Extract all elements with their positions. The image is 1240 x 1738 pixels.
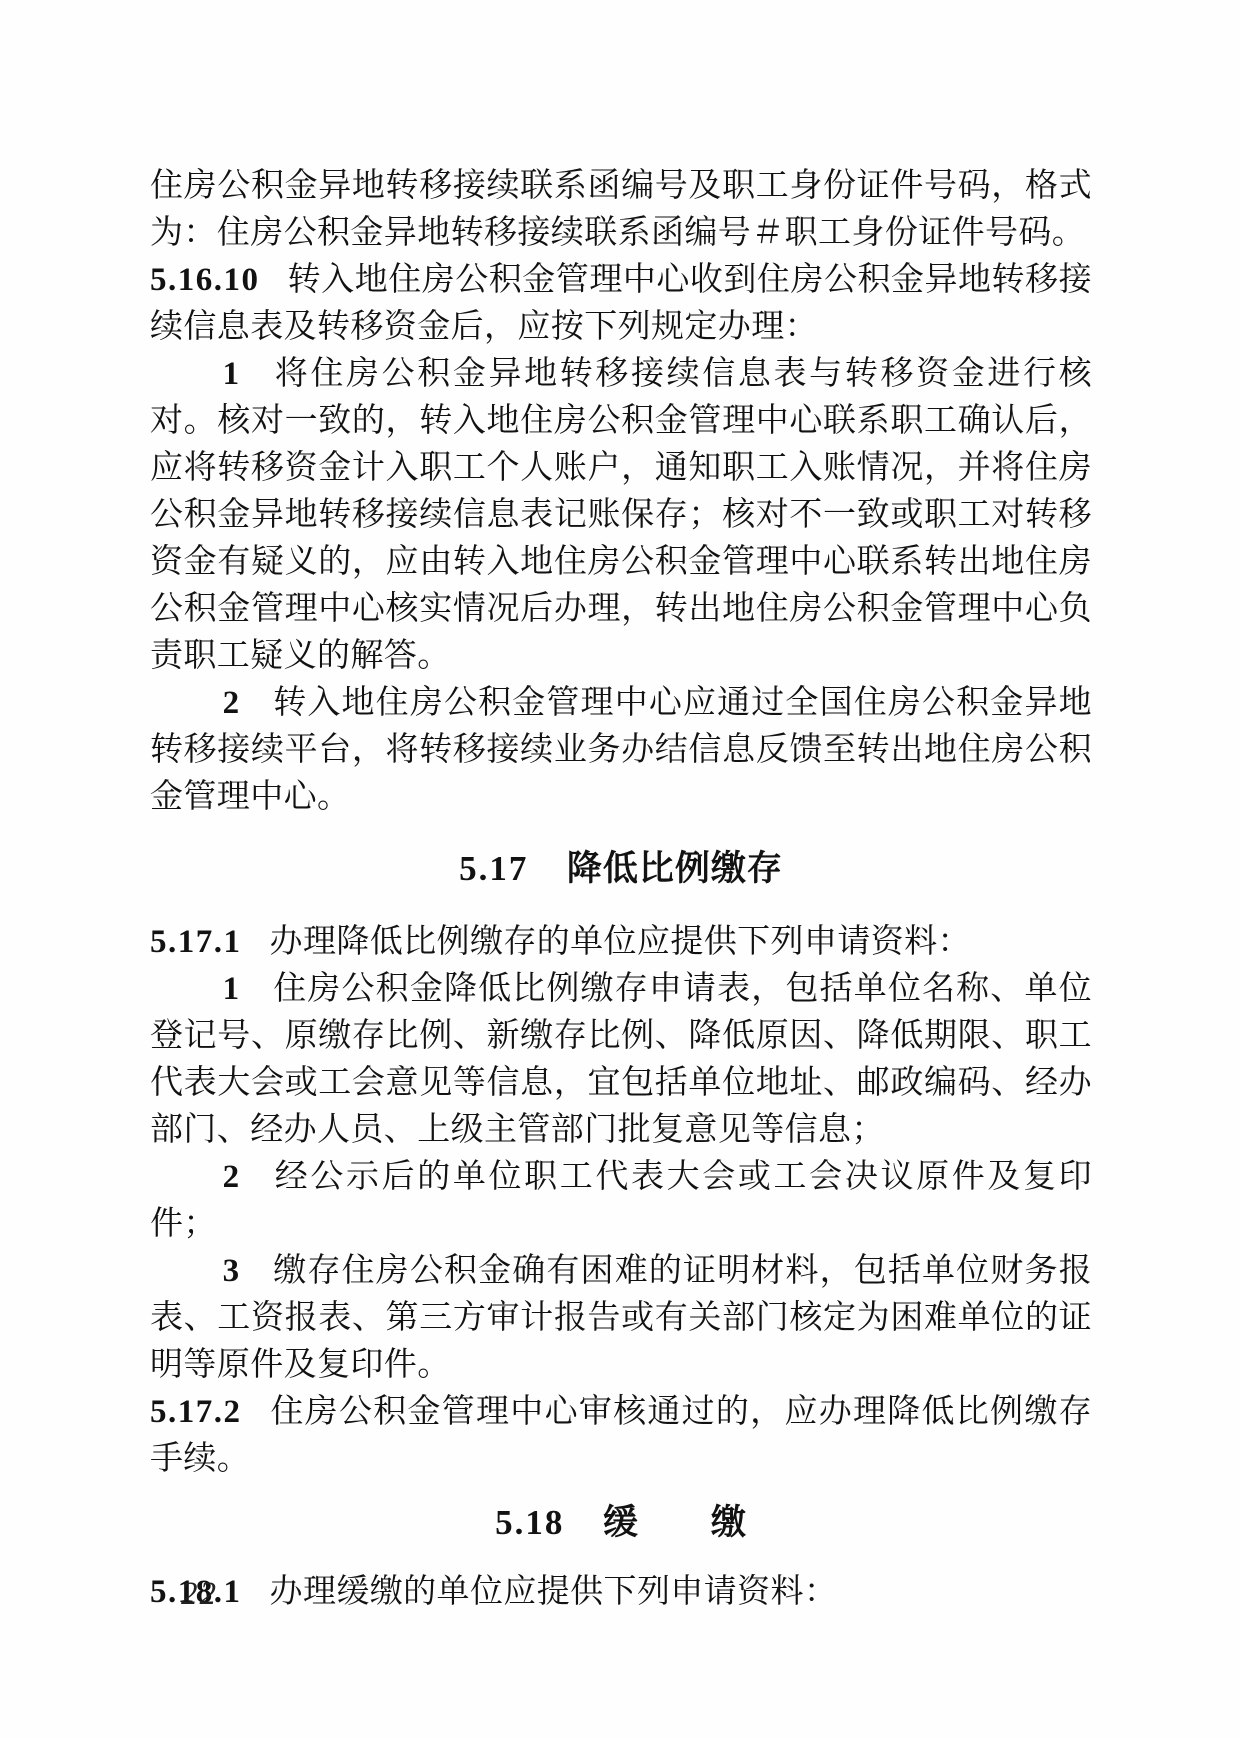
paragraph-text: 转入地住房公积金管理中心应通过全国住房公积金异地转移接续平台，将转移接续业务办结… (150, 685, 1092, 815)
paragraph-text: 转入地住房公积金管理中心收到住房公积金异地转移接续信息表及转移资金后，应按下列规… (150, 262, 1092, 345)
paragraph-text: 住房公积金异地转移接续联系函编号及职工身份证件号码，格式为：住房公积金异地转移接… (150, 168, 1092, 251)
item-number: 1 (223, 971, 240, 1007)
clause-paragraph: 5.16.10转入地住房公积金管理中心收到住房公积金异地转移接续信息表及转移资金… (150, 257, 1092, 351)
item-number: 3 (223, 1253, 240, 1289)
item-number: 2 (223, 685, 240, 721)
list-item-paragraph: 1住房公积金降低比例缴存申请表，包括单位名称、单位登记号、原缴存比例、新缴存比例… (150, 966, 1092, 1154)
clause-paragraph: 5.18.1办理缓缴的单位应提供下列申请资料： (150, 1569, 1092, 1616)
section-heading-number: 5.18 (495, 1503, 564, 1542)
list-item-paragraph: 1将住房公积金异地转移接续信息表与转移资金进行核对。核对一致的，转入地住房公积金… (150, 351, 1092, 680)
item-number: 2 (223, 1159, 240, 1195)
clause-paragraph: 5.17.2住房公积金管理中心审核通过的，应办理降低比例缴存手续。 (150, 1389, 1092, 1483)
paragraph-text: 经公示后的单位职工代表大会或工会决议原件及复印件； (150, 1159, 1092, 1242)
paragraph-text: 住房公积金管理中心审核通过的，应办理降低比例缴存手续。 (150, 1394, 1092, 1477)
paragraph-text: 办理缓缴的单位应提供下列申请资料： (270, 1574, 838, 1610)
list-item-paragraph: 3缴存住房公积金确有困难的证明材料，包括单位财务报表、工资报表、第三方审计报告或… (150, 1248, 1092, 1389)
list-item-paragraph: 2经公示后的单位职工代表大会或工会决议原件及复印件； (150, 1154, 1092, 1248)
paragraph-text: 将住房公积金异地转移接续信息表与转移资金进行核对。核对一致的，转入地住房公积金管… (150, 356, 1092, 674)
clause-number: 5.17.2 (150, 1394, 242, 1430)
clause-number: 5.17.1 (150, 924, 242, 960)
section-heading-number: 5.17 (459, 849, 528, 888)
paragraph-text: 住房公积金降低比例缴存申请表，包括单位名称、单位登记号、原缴存比例、新缴存比例、… (150, 971, 1092, 1148)
section-heading-title: 缓 缴 (603, 1503, 747, 1542)
paragraph-text: 缴存住房公积金确有困难的证明材料，包括单位财务报表、工资报表、第三方审计报告或有… (150, 1253, 1092, 1383)
section-heading: 5.17降低比例缴存 (150, 845, 1092, 893)
item-number: 1 (223, 356, 240, 392)
document-page: 住房公积金异地转移接续联系函编号及职工身份证件号码，格式为：住房公积金异地转移接… (0, 0, 1240, 1738)
page-number: 22 (181, 1576, 218, 1613)
section-heading-title: 降低比例缴存 (567, 849, 783, 888)
section-heading: 5.18缓 缴 (150, 1499, 1092, 1547)
body-paragraph: 住房公积金异地转移接续联系函编号及职工身份证件号码，格式为：住房公积金异地转移接… (150, 163, 1092, 257)
paragraph-text: 办理降低比例缴存的单位应提供下列申请资料： (270, 924, 971, 960)
clause-paragraph: 5.17.1办理降低比例缴存的单位应提供下列申请资料： (150, 919, 1092, 966)
document-content: 住房公积金异地转移接续联系函编号及职工身份证件号码，格式为：住房公积金异地转移接… (150, 163, 1092, 1616)
clause-number: 5.16.10 (150, 262, 260, 298)
list-item-paragraph: 2转入地住房公积金管理中心应通过全国住房公积金异地转移接续平台，将转移接续业务办… (150, 680, 1092, 821)
